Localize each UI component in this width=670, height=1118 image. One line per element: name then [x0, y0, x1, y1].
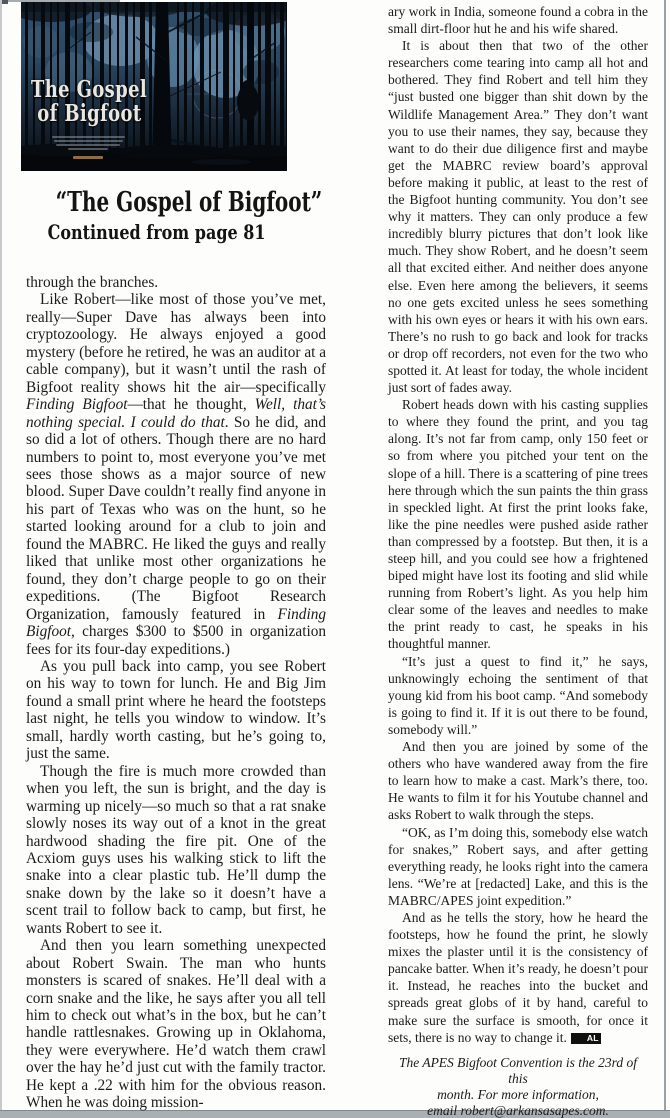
article-headline: “The Gospel of Bigfoot”	[56, 189, 253, 217]
text-run: “OK, as I’m doing this, somebody else wa…	[388, 825, 648, 908]
paragraph: “OK, as I’m doing this, somebody else wa…	[388, 824, 648, 909]
scan-edge-left	[0, 0, 2, 1111]
footnote-line: The APES Bigfoot Convention is the 23rd …	[388, 1055, 648, 1087]
paragraph: Though the fire is much more crowded tha…	[26, 763, 326, 938]
text-run: And then you are joined by some of the o…	[388, 739, 648, 822]
text-run: . So he did, and so did a lot of others.…	[26, 414, 326, 623]
pullquote-line	[52, 136, 125, 138]
pullquote-line	[54, 140, 123, 142]
scan-corner-mark	[2, 0, 8, 4]
paragraph: through the branches.	[26, 274, 326, 291]
end-mark: AL	[571, 1033, 601, 1044]
right-column: ary work in India, someone found a cobra…	[388, 3, 648, 1118]
text-run: As you pull back into camp, you see Robe…	[26, 658, 326, 762]
text-run: Though the fire is much more crowded tha…	[26, 763, 326, 937]
text-run: ary work in India, someone found a cobra…	[388, 4, 648, 36]
text-run: It is about then that two of the other r…	[388, 38, 648, 395]
text-run: —that he thought,	[127, 396, 254, 413]
paragraph: And as he tells the story, how he heard …	[388, 909, 648, 1046]
text-run: Robert heads down with his casting suppl…	[388, 397, 648, 651]
text-run: , charges $300 to $500 in organization f…	[26, 623, 326, 657]
paragraph: Robert heads down with his casting suppl…	[388, 396, 648, 652]
photo-pullquote-text	[49, 134, 127, 159]
text-run: Like Robert—like most of those you’ve me…	[26, 291, 326, 395]
text-run: “It’s just a quest to find it,” he says,…	[388, 654, 648, 737]
photo-title-overlay: The Gospel of Bigfoot	[31, 78, 180, 126]
paragraph: As you pull back into camp, you see Robe…	[26, 658, 326, 763]
paragraph: ary work in India, someone found a cobra…	[388, 3, 648, 37]
text-run: And then you learn something unexpected …	[26, 937, 326, 1111]
article-photo: The Gospel of Bigfoot	[21, 2, 287, 171]
convention-footnote: The APES Bigfoot Convention is the 23rd …	[388, 1055, 648, 1118]
paragraph: It is about then that two of the other r…	[388, 37, 648, 396]
footnote-line: email robert@arkansasapes.com.	[388, 1103, 648, 1118]
italic-text: Finding Bigfoot	[26, 396, 127, 413]
photo-title-line1: The Gospel	[31, 78, 147, 102]
paragraph: “It’s just a quest to find it,” he says,…	[388, 653, 648, 738]
paragraph: And then you are joined by some of the o…	[388, 738, 648, 823]
paragraph: Like Robert—like most of those you’ve me…	[26, 291, 326, 658]
scan-edge-right	[664, 0, 666, 1111]
article-header: “The Gospel of Bigfoot” Continued from p…	[21, 189, 287, 243]
photo-byline	[73, 156, 103, 159]
pullquote-line	[56, 144, 120, 146]
photo-title-line2: of Bigfoot	[31, 102, 147, 126]
paragraph: And then you learn something unexpected …	[26, 937, 326, 1112]
text-run: through the branches.	[26, 274, 158, 291]
footnote-line: month. For more information,	[388, 1087, 648, 1103]
left-column: through the branches.Like Robert—like mo…	[26, 274, 326, 1112]
pullquote-line	[68, 148, 108, 150]
magazine-page: The Gospel of Bigfoot “The Gospel of Big…	[0, 0, 670, 1118]
right-column-text: ary work in India, someone found a cobra…	[388, 3, 648, 1046]
text-run: And as he tells the story, how he heard …	[388, 910, 648, 1045]
continued-from-notice: Continued from page 81	[48, 221, 261, 243]
